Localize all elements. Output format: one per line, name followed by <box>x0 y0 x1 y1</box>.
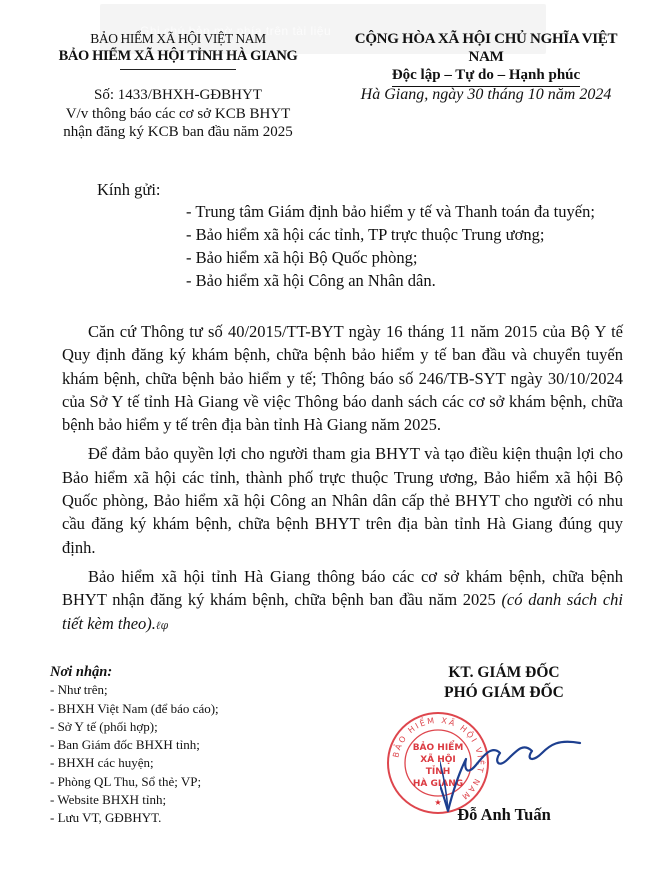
agency-name: BẢO HIỂM XÃ HỘI TỈNH HÀ GIANG <box>40 47 316 65</box>
addressee-item: - Bảo hiểm xã hội Công an Nhân dân. <box>186 269 595 292</box>
national-header: CỘNG HÒA XÃ HỘI CHỦ NGHĨA VIỆT NAM Độc l… <box>336 30 636 87</box>
distribution-item: - Như trên; <box>50 681 219 699</box>
salutation-label: Kính gửi: <box>97 180 161 200</box>
agency-parent: BẢO HIỂM XÃ HỘI VIỆT NAM <box>40 30 316 47</box>
nation-title: CỘNG HÒA XÃ HỘI CHỦ NGHĨA VIỆT NAM <box>336 30 636 66</box>
body-paragraph-3: Bảo hiểm xã hội tỉnh Hà Giang thông báo … <box>62 565 623 637</box>
signer-role-2: PHÓ GIÁM ĐỐC <box>384 683 624 703</box>
place-date: Hà Giang, ngày 30 tháng 10 năm 2024 <box>336 86 636 104</box>
letter-body: Căn cứ Thông tư số 40/2015/TT-BYT ngày 1… <box>62 320 623 643</box>
distribution-list: Nơi nhận: - Như trên; - BHXH Việt Nam (đ… <box>50 663 219 828</box>
body-paragraph-2: Để đảm bảo quyền lợi cho người tham gia … <box>62 442 623 558</box>
agency-underline <box>120 69 236 70</box>
document-subject-line-2: nhận đăng ký KCB ban đầu năm 2025 <box>40 123 316 142</box>
distribution-item: - Phòng QL Thu, Sổ thẻ; VP; <box>50 773 219 791</box>
document-number: Số: 1433/BHXH-GĐBHYT <box>40 86 316 105</box>
distribution-item: - Ban Giám đốc BHXH tỉnh; <box>50 736 219 754</box>
national-motto: Độc lập – Tự do – Hạnh phúc <box>392 66 580 87</box>
distribution-item: - Lưu VT, GĐBHYT. <box>50 809 219 827</box>
handwritten-initials: ℓφ <box>156 619 168 632</box>
distribution-item: - BHXH Việt Nam (để báo cáo); <box>50 700 219 718</box>
distribution-item: - Sở Y tế (phối hợp); <box>50 718 219 736</box>
document-reference: Số: 1433/BHXH-GĐBHYT V/v thông báo các c… <box>40 86 316 142</box>
agency-header: BẢO HIỂM XÃ HỘI VIỆT NAM BẢO HIỂM XÃ HỘI… <box>40 30 316 70</box>
addressee-item: - Bảo hiểm xã hội Bộ Quốc phòng; <box>186 246 595 269</box>
addressee-list: - Trung tâm Giám định bảo hiểm y tế và T… <box>186 200 595 292</box>
signature-block: KT. GIÁM ĐỐC PHÓ GIÁM ĐỐC Đỗ Anh Tuấn <box>384 663 624 703</box>
distribution-title: Nơi nhận: <box>50 663 219 681</box>
signer-role-1: KT. GIÁM ĐỐC <box>384 663 624 683</box>
body-paragraph-1: Căn cứ Thông tư số 40/2015/TT-BYT ngày 1… <box>62 320 623 436</box>
addressee-item: - Bảo hiểm xã hội các tỉnh, TP trực thuộ… <box>186 223 595 246</box>
distribution-item: - BHXH các huyện; <box>50 754 219 772</box>
handwritten-signature-icon <box>440 715 590 825</box>
addressee-item: - Trung tâm Giám định bảo hiểm y tế và T… <box>186 200 595 223</box>
distribution-item: - Website BHXH tỉnh; <box>50 791 219 809</box>
document-subject-line-1: V/v thông báo các cơ sở KCB BHYT <box>40 105 316 124</box>
